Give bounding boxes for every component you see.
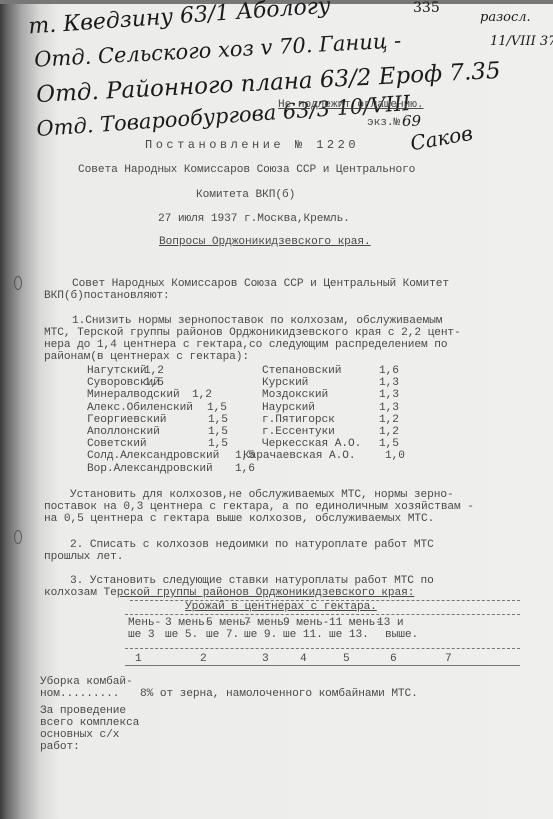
- point-1-line-2: МТС, Терской группы районов Орджоникидзе…: [44, 328, 461, 339]
- district-value: 1,5: [208, 415, 228, 426]
- date-place: 27 июля 1937 г.Москва,Кремль.: [158, 214, 350, 225]
- district-value: 1,3: [379, 378, 399, 389]
- district-name: Алекс.Обиленский: [87, 403, 193, 414]
- punch-hole: [14, 276, 22, 290]
- page-number: 335: [413, 0, 440, 16]
- district-name: г.Пятигорск: [262, 415, 335, 426]
- copy-label: экз.№: [367, 118, 400, 129]
- column-numbers-rule: [125, 665, 520, 666]
- classification-stamp: Не подлежит оглашению.: [278, 100, 424, 111]
- district-value: 1,2: [379, 427, 399, 438]
- row-complex-label-4: работ:: [40, 742, 80, 753]
- column-header: Мень-: [128, 618, 161, 629]
- row-combine-label-1: Уборка комбай-: [40, 677, 133, 688]
- header-rule: [125, 648, 520, 649]
- point-3-line-2: колхозам Терской группы районов Орджоник…: [44, 588, 414, 599]
- column-number: 6: [390, 654, 397, 665]
- point-1-line-4: районам(в центнерах с гектара):: [44, 352, 249, 363]
- column-header: ше 11.: [283, 630, 323, 641]
- district-value: 1,6: [379, 366, 399, 377]
- district-value: 1,5: [207, 403, 227, 414]
- district-value: 1,2: [192, 390, 212, 401]
- column-number: 4: [300, 654, 307, 665]
- district-name: Черкесская А.О.: [262, 439, 361, 450]
- table-caption: Урожай в центнерах с гектара.: [185, 602, 377, 613]
- caption-rule: [125, 614, 520, 615]
- document-subject: Вопросы Орджоникидзевского края.: [159, 237, 371, 248]
- district-value: 1,6: [235, 464, 255, 475]
- column-number: 1: [135, 654, 142, 665]
- district-value: 1,5: [208, 427, 228, 438]
- row-complex-label-3: основных с/х: [40, 730, 119, 741]
- district-name: Вор.Александровский: [87, 464, 213, 475]
- point-1b-line-2: поставок на 0,3 центнера с гектара, а по…: [44, 502, 474, 513]
- district-name: Курский: [262, 378, 308, 389]
- district-value: 1,5: [208, 439, 228, 450]
- district-name: Советский: [87, 439, 147, 450]
- row-combine-value: 8% от зерна, намолоченного комбайнами МТ…: [140, 689, 418, 700]
- point-3-line-2b: рской группы районов Орджоникидзевского …: [117, 587, 415, 599]
- district-name: Солд.Александровский: [87, 451, 219, 462]
- district-value: 1,3: [379, 390, 399, 401]
- issuer-line-2: Комитета ВКП(б): [196, 190, 295, 201]
- row-complex-label-2: всего комплекса: [40, 718, 139, 729]
- handwritten-sent-note: разосл.: [480, 10, 531, 25]
- row-combine-label-2: ном.........: [40, 689, 119, 700]
- handwritten-sent-date: 11/VIII 37: [490, 34, 553, 49]
- preamble-line-2: ВКП(б)постановляют:: [44, 291, 170, 302]
- preamble-line-1: Совет Народных Комиссаров Союза ССР и Це…: [72, 279, 449, 290]
- district-name: Минералводский: [87, 390, 180, 401]
- document-scan: т. Кведзину 63/1 Абологу 335 разосл. 11/…: [0, 0, 553, 819]
- point-1-line-3: нера до 1,4 центнера с гектара,со следую…: [44, 340, 447, 351]
- column-header: 11 мень-: [329, 618, 382, 629]
- district-value: 1,2: [144, 366, 164, 377]
- point-1b-line-3: на 0,5 центнера с гектара выше колхозов,…: [44, 514, 434, 525]
- district-name: Карачаевская А.О.: [243, 451, 355, 462]
- point-2-line-2: прошлых лет.: [44, 552, 123, 563]
- district-value: 1,5: [379, 439, 399, 450]
- district-value: 1,3: [379, 403, 399, 414]
- column-header: ше 7.: [206, 630, 239, 641]
- district-name: Степановский: [262, 366, 341, 377]
- punch-hole: [14, 530, 22, 544]
- district-name: Нагутский: [87, 366, 147, 377]
- district-value: 1,0: [385, 451, 405, 462]
- district-name: Наурский: [262, 403, 315, 414]
- point-2-line-1: 2. Списать с колхозов недоимки по натуро…: [70, 540, 434, 551]
- column-header: ше 13.: [329, 630, 369, 641]
- point-1-line-1: 1.Снизить нормы зернопоставок по колхоза…: [72, 316, 442, 327]
- document-title: Постановление № 1220: [145, 140, 359, 151]
- column-number: 5: [343, 654, 350, 665]
- column-header: 9 мень-: [283, 618, 329, 629]
- district-name: г.Ессентуки: [262, 427, 335, 438]
- district-name: Моздокский: [262, 390, 328, 401]
- issuer-line-1: Совета Народных Комиссаров Союза ССР и Ц…: [78, 165, 415, 176]
- point-1b-line-1: Установить для колхозов,не обслуживаемых…: [70, 490, 454, 501]
- column-header: 3 мень-: [165, 618, 211, 629]
- point-3-line-2a: колхозам Те: [44, 587, 117, 599]
- column-header: ше 9.: [244, 630, 277, 641]
- column-number: 2: [200, 654, 207, 665]
- district-value: 1,5: [144, 378, 164, 389]
- column-header: выше.: [385, 630, 418, 641]
- district-value: 1,2: [379, 415, 399, 426]
- column-header: ше 5.: [165, 630, 198, 641]
- point-3-line-1: 3. Установить следующие ставки натуропла…: [70, 576, 434, 587]
- district-name: Аполлонский: [87, 427, 160, 438]
- column-header: ше 3: [128, 630, 154, 641]
- column-number: 7: [445, 654, 452, 665]
- column-number: 3: [262, 654, 269, 665]
- copy-number: 69: [402, 112, 421, 130]
- row-complex-label-1: За проведение: [40, 706, 126, 717]
- column-header: 13 и: [377, 618, 403, 629]
- district-name: Георгиевский: [87, 415, 166, 426]
